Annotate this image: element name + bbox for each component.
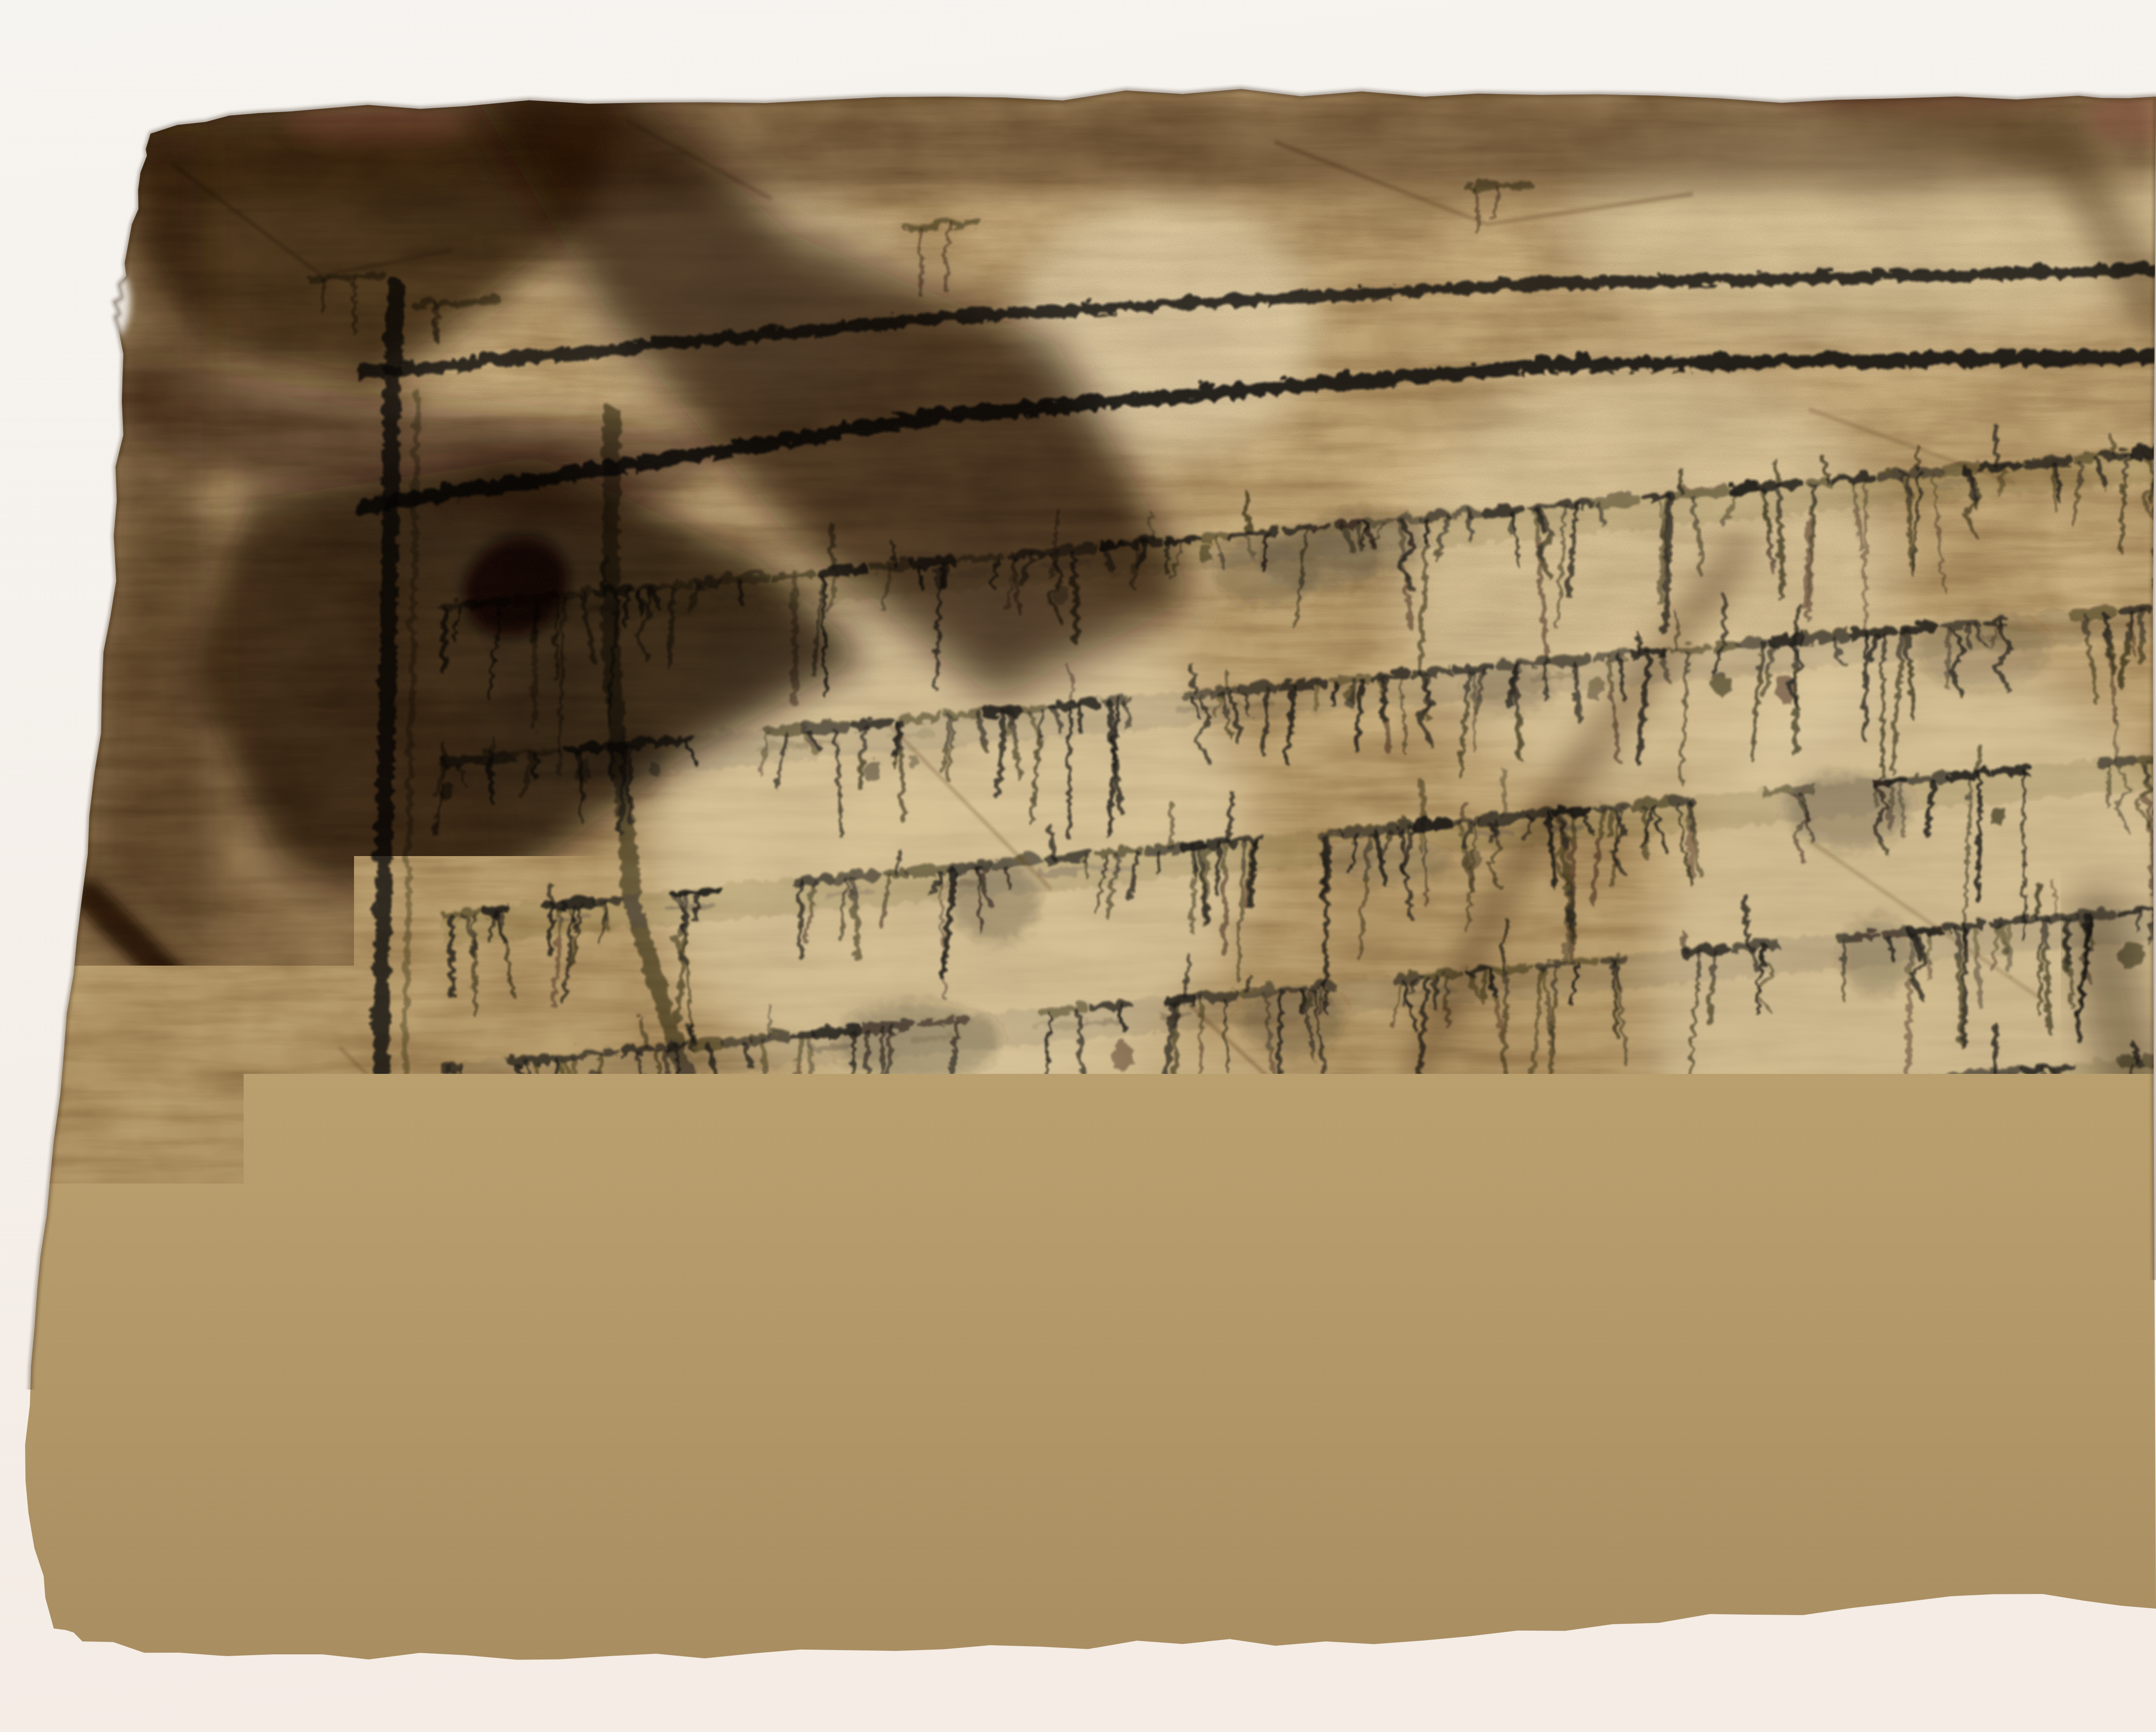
paper-sheet: [0, 0, 2156, 1732]
paper-surface: [0, 0, 2156, 1732]
photo-stage: [0, 0, 2156, 1732]
manuscript-photograph: [0, 0, 2156, 1732]
film-grain-texture: [0, 0, 2156, 1732]
